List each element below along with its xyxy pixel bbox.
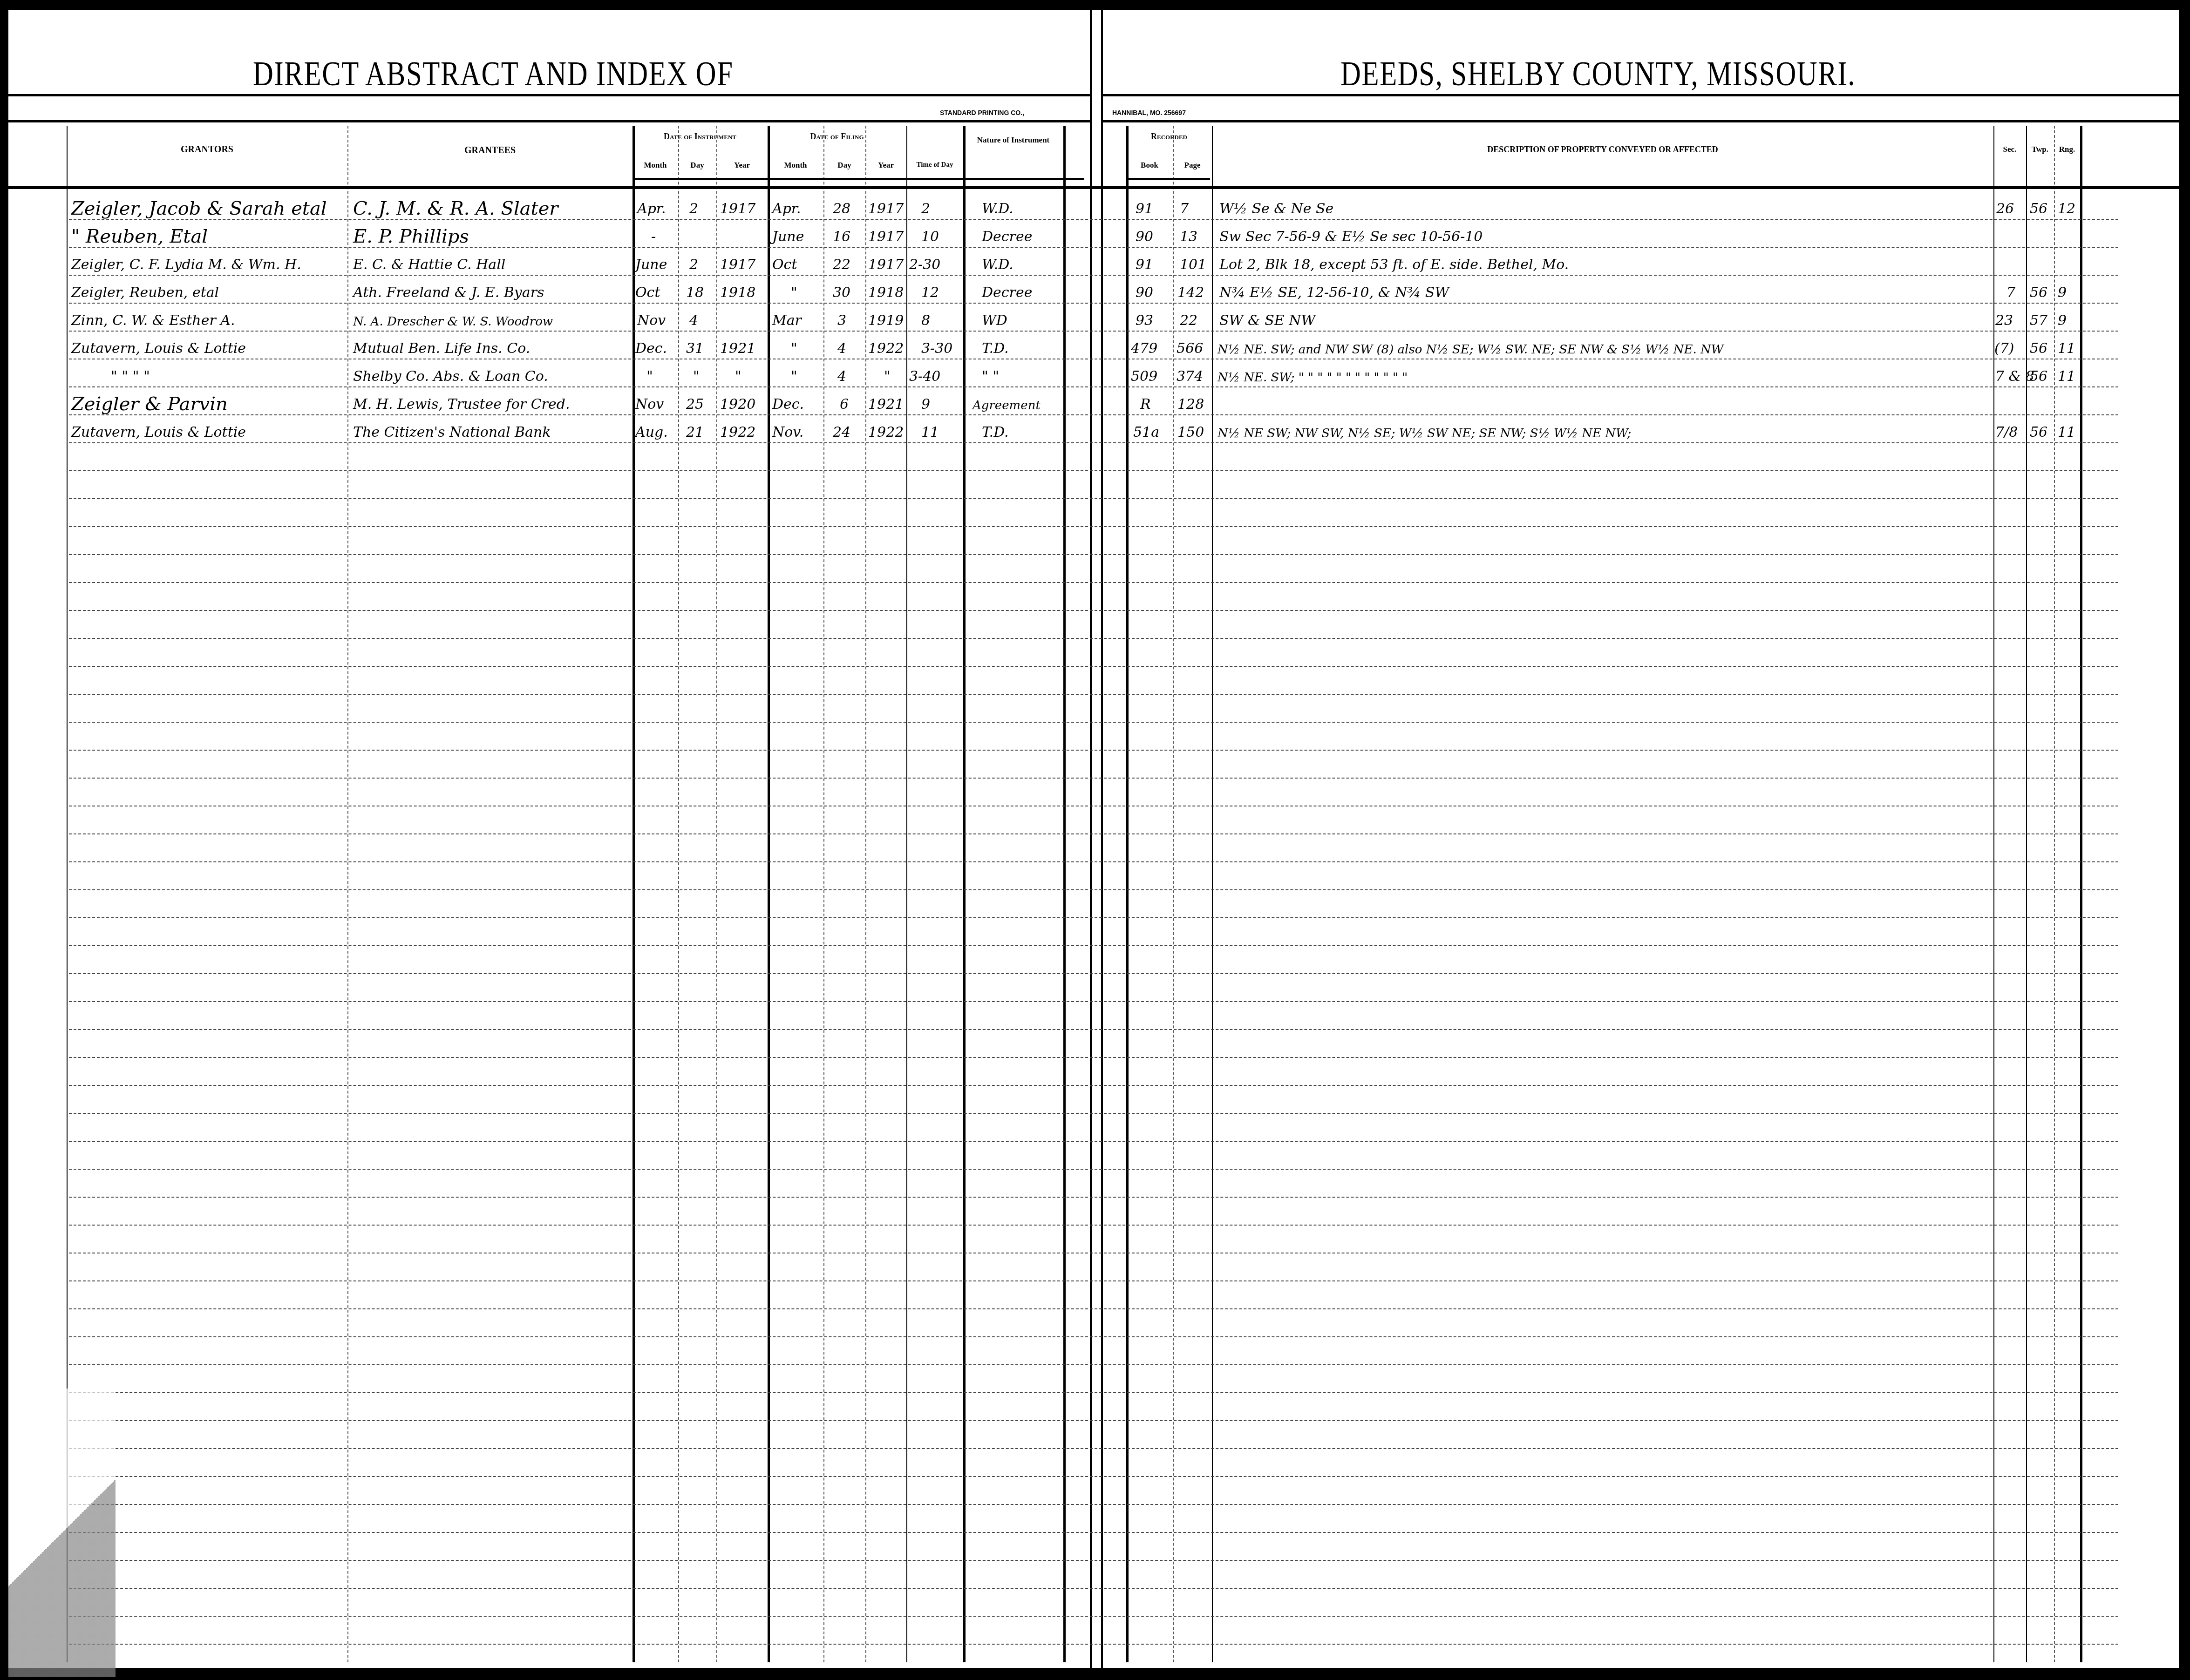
- row-line: [69, 1560, 2118, 1561]
- nature: Agreement: [973, 400, 1041, 412]
- inst-month: Nov: [637, 314, 666, 328]
- row-line: [69, 750, 2118, 751]
- divider: [1126, 178, 1210, 180]
- grantor: Zutavern, Louis & Lottie: [71, 426, 246, 440]
- file-year: 1917: [868, 258, 904, 272]
- file-day: 30: [833, 286, 850, 300]
- header-twp: Twp.: [2026, 145, 2054, 154]
- row-line: [69, 526, 2118, 527]
- grantee: E. P. Phillips: [353, 227, 469, 246]
- time-of-day: 10: [921, 230, 939, 244]
- row-line: [69, 386, 2118, 387]
- row-line: [69, 442, 2118, 443]
- twp: 56: [2030, 426, 2047, 440]
- row-line: [69, 414, 2118, 415]
- file-month: ": [791, 286, 797, 300]
- row-line: [69, 638, 2118, 639]
- file-day: 4: [837, 342, 846, 356]
- page-title-left: DIRECT ABSTRACT AND INDEX OF: [253, 54, 734, 94]
- inst-month: ": [646, 370, 653, 384]
- header-day: Day: [823, 161, 865, 170]
- row-line: [69, 359, 2118, 359]
- ledger-page: DIRECT ABSTRACT AND INDEX OF DEEDS, SHEL…: [8, 10, 2179, 1668]
- row-line: [69, 1113, 2118, 1114]
- file-month: ": [791, 370, 797, 384]
- description: N½ NE SW; NW SW, N½ SE; W½ SW NE; SE NW;…: [1217, 427, 1631, 440]
- inst-year: 1917: [720, 258, 755, 272]
- inst-day: 2: [689, 202, 698, 216]
- inst-day: 18: [686, 286, 704, 300]
- row-line: [69, 889, 2118, 890]
- file-day: 28: [833, 202, 850, 216]
- file-month: Oct: [772, 258, 797, 272]
- sec: 7: [2006, 286, 2015, 300]
- row-line: [69, 945, 2118, 946]
- row-line: [69, 722, 2118, 723]
- file-month: ": [791, 342, 797, 356]
- row-line: [69, 303, 2118, 304]
- inst-year: 1922: [720, 426, 755, 440]
- inst-day: 21: [686, 426, 704, 440]
- column-rule: [2080, 126, 2082, 1662]
- twp: 56: [2030, 370, 2047, 384]
- column-rule: [1063, 126, 1066, 1662]
- column-rule: [347, 126, 348, 1662]
- row-line: [69, 666, 2118, 667]
- file-month: June: [772, 230, 804, 244]
- row-line: [69, 1588, 2118, 1589]
- printer-mark-left: STANDARD PRINTING CO.,: [940, 109, 1024, 116]
- inst-day: 2: [689, 258, 698, 272]
- sec: (7): [1994, 342, 2014, 356]
- header-rng: Rng.: [2054, 145, 2080, 154]
- row-line: [69, 554, 2118, 555]
- inst-day: ": [693, 370, 700, 384]
- row-line: [69, 1504, 2118, 1505]
- row-line: [69, 610, 2118, 611]
- column-rule: [678, 126, 679, 1662]
- row-line: [69, 275, 2118, 276]
- nature: W.D.: [982, 202, 1013, 216]
- page: 13: [1180, 230, 1197, 244]
- header-year: Year: [716, 161, 768, 170]
- description: W½ Se & Ne Se: [1219, 202, 1333, 216]
- time-of-day: 9: [921, 398, 930, 412]
- row-line: [69, 833, 2118, 834]
- rng: 12: [2058, 202, 2075, 216]
- column-rule: [768, 126, 770, 1662]
- page: 101: [1180, 258, 1206, 272]
- row-line: [69, 1253, 2118, 1253]
- nature: T.D.: [982, 426, 1009, 440]
- grantor: Zeigler, Jacob & Sarah etal: [71, 199, 327, 218]
- nature: Decree: [982, 286, 1032, 300]
- divider: [8, 186, 2179, 189]
- inst-month: Nov: [635, 398, 664, 412]
- row-line: [69, 1476, 2118, 1477]
- file-month: Apr.: [772, 202, 801, 216]
- row-line: [69, 1448, 2118, 1449]
- sec: 23: [1995, 314, 2013, 328]
- time-of-day: 2: [921, 202, 930, 216]
- file-year: 1917: [868, 202, 904, 216]
- row-line: [69, 498, 2118, 499]
- row-line: [69, 973, 2118, 974]
- row-line: [69, 1141, 2118, 1142]
- description: N½ NE. SW; and NW SW (8) also N½ SE; W½ …: [1217, 344, 1724, 356]
- inst-month: June: [635, 258, 667, 272]
- header-grantors: GRANTORS: [67, 144, 347, 155]
- page: 374: [1177, 370, 1203, 384]
- grantor: Zeigler, C. F. Lydia M. & Wm. H.: [71, 258, 301, 272]
- book: 93: [1136, 314, 1153, 328]
- time-of-day: 11: [921, 426, 939, 440]
- sec: 26: [1996, 202, 2014, 216]
- page: 22: [1180, 314, 1197, 328]
- sec: 7 & 8: [1995, 370, 2034, 384]
- book: 51a: [1133, 426, 1159, 440]
- grantee: The Citizen's National Bank: [353, 426, 551, 440]
- file-year: 1919: [868, 314, 904, 328]
- page: 128: [1177, 398, 1204, 412]
- page: 150: [1177, 426, 1204, 440]
- nature: WD: [982, 314, 1007, 328]
- header-grantees: GRANTEES: [347, 145, 633, 156]
- column-rule: [716, 126, 717, 1662]
- row-line: [69, 1169, 2118, 1170]
- row-line: [69, 861, 2118, 862]
- row-line: [69, 1616, 2118, 1617]
- rng: 9: [2058, 286, 2067, 300]
- sec: 7/8: [1995, 426, 2018, 440]
- grantor: " Reuben, Etal: [71, 227, 208, 246]
- column-rule: [1212, 126, 1213, 1662]
- header-year: Year: [865, 161, 906, 170]
- rng: 9: [2058, 314, 2067, 328]
- row-line: [69, 1057, 2118, 1058]
- row-line: [69, 1085, 2118, 1086]
- header-description: DESCRIPTION OF PROPERTY CONVEYED OR AFFE…: [1212, 145, 1993, 155]
- grantee: Shelby Co. Abs. & Loan Co.: [353, 370, 548, 384]
- book: 479: [1131, 342, 1157, 356]
- time-of-day: 8: [921, 314, 930, 328]
- grantee: N. A. Drescher & W. S. Woodrow: [353, 316, 553, 328]
- row-line: [69, 1280, 2118, 1281]
- page: 142: [1177, 286, 1204, 300]
- header-date-of-filing: Date of Filing: [768, 132, 906, 142]
- page: 566: [1177, 342, 1203, 356]
- printer-mark-right: HANNIBAL, MO. 256697: [1112, 109, 1186, 116]
- column-rule: [633, 126, 635, 1662]
- description: SW & SE NW: [1219, 314, 1315, 328]
- book: 90: [1136, 230, 1153, 244]
- row-line: [69, 470, 2118, 471]
- row-line: [69, 1001, 2118, 1002]
- header-page: Page: [1173, 161, 1212, 170]
- grantor: Zeigler, Reuben, etal: [71, 286, 219, 300]
- inst-year: ": [735, 370, 741, 384]
- file-day: 16: [833, 230, 850, 244]
- torn-page-corner: [8, 1389, 116, 1677]
- file-year: 1922: [868, 342, 904, 356]
- rng: 11: [2058, 370, 2075, 384]
- row-line: [69, 331, 2118, 332]
- page: 7: [1180, 202, 1189, 216]
- rng: 11: [2058, 426, 2075, 440]
- header-sec: Sec.: [1993, 145, 2026, 154]
- grantee: Mutual Ben. Life Ins. Co.: [353, 342, 530, 356]
- header-nature-of-instrument: Nature of Instrument: [963, 136, 1063, 145]
- file-year: 1917: [868, 230, 904, 244]
- file-year: 1918: [868, 286, 904, 300]
- header-recorded: Recorded: [1126, 132, 1212, 142]
- twp: 57: [2030, 314, 2047, 328]
- twp: 56: [2030, 202, 2047, 216]
- grantor: Zinn, C. W. & Esther A.: [71, 314, 235, 328]
- row-line: [69, 1336, 2118, 1337]
- row-line: [69, 1392, 2118, 1393]
- time-of-day: 2-30: [909, 258, 940, 272]
- header-month: Month: [633, 161, 678, 170]
- header-time-of-day: Time of Day: [906, 161, 963, 169]
- file-year: 1922: [868, 426, 904, 440]
- inst-year: 1918: [720, 286, 755, 300]
- file-month: Nov.: [772, 426, 803, 440]
- row-line: [69, 917, 2118, 918]
- column-rule: [2026, 126, 2027, 1662]
- inst-month: Apr.: [637, 202, 666, 216]
- header-month: Month: [768, 161, 823, 170]
- row-line: [69, 582, 2118, 583]
- inst-month: -: [651, 230, 656, 244]
- ledger-table: GRANTORS GRANTEES Date of Instrument Mon…: [8, 126, 2179, 1662]
- twp: 56: [2030, 342, 2047, 356]
- column-rule: [1126, 126, 1129, 1662]
- file-month: Mar: [772, 314, 802, 328]
- header-book: Book: [1126, 161, 1173, 170]
- file-day: 3: [837, 314, 846, 328]
- file-year: 1921: [868, 398, 904, 412]
- twp: 56: [2030, 286, 2047, 300]
- column-rule: [963, 126, 966, 1662]
- inst-year: 1920: [720, 398, 755, 412]
- grantor: Zutavern, Louis & Lottie: [71, 342, 246, 356]
- inst-year: 1921: [720, 342, 755, 356]
- row-line: [69, 1364, 2118, 1365]
- row-line: [69, 694, 2118, 695]
- book: 91: [1136, 258, 1153, 272]
- description: N½ NE. SW; " " " " " " " " " " " ": [1217, 372, 1408, 384]
- column-rule: [1173, 126, 1174, 1662]
- inst-year: 1917: [720, 202, 755, 216]
- grantor: Zeigler & Parvin: [71, 395, 228, 413]
- row-line: [69, 778, 2118, 779]
- grantee: M. H. Lewis, Trustee for Cred.: [353, 398, 570, 412]
- file-day: 22: [833, 258, 850, 272]
- time-of-day: 12: [921, 286, 939, 300]
- inst-month: Aug.: [635, 426, 668, 440]
- file-day: 6: [840, 398, 849, 412]
- column-rule: [2054, 126, 2055, 1662]
- grantee: Ath. Freeland & J. E. Byars: [353, 286, 544, 300]
- page-title-right: DEEDS, SHELBY COUNTY, MISSOURI.: [1340, 54, 1856, 94]
- rng: 11: [2058, 342, 2075, 356]
- nature: Decree: [982, 230, 1032, 244]
- row-line: [69, 1308, 2118, 1309]
- inst-month: Oct: [635, 286, 660, 300]
- book: 509: [1131, 370, 1157, 384]
- row-line: [69, 1532, 2118, 1533]
- file-day: 4: [837, 370, 846, 384]
- nature: W.D.: [982, 258, 1013, 272]
- inst-day: 31: [686, 342, 704, 356]
- column-rule: [823, 126, 824, 1662]
- row-line: [69, 1225, 2118, 1226]
- grantor: " " " ": [111, 370, 150, 384]
- file-day: 24: [833, 426, 850, 440]
- book: 90: [1136, 286, 1153, 300]
- file-month: Dec.: [772, 398, 804, 412]
- column-rule: [906, 126, 907, 1662]
- divider: [633, 178, 1084, 180]
- row-line: [69, 1644, 2118, 1645]
- time-of-day: 3-30: [921, 342, 952, 356]
- row-line: [69, 1197, 2118, 1198]
- time-of-day: 3-40: [909, 370, 940, 384]
- file-year: ": [884, 370, 891, 384]
- nature: " ": [982, 370, 999, 384]
- header-date-of-instrument: Date of Instrument: [633, 132, 768, 142]
- description: N¾ E½ SE, 12-56-10, & N¾ SW: [1219, 286, 1449, 300]
- header-day: Day: [678, 161, 716, 170]
- inst-day: 4: [689, 314, 698, 328]
- row-line: [69, 1420, 2118, 1421]
- description: Lot 2, Blk 18, except 53 ft. of E. side.…: [1219, 258, 1569, 272]
- book: 91: [1136, 202, 1153, 216]
- inst-day: 25: [686, 398, 704, 412]
- inst-month: Dec.: [635, 342, 667, 356]
- row-line: [69, 1029, 2118, 1030]
- description: Sw Sec 7-56-9 & E½ Se sec 10-56-10: [1219, 230, 1483, 244]
- grantee: E. C. & Hattie C. Hall: [353, 258, 505, 272]
- nature: T.D.: [982, 342, 1009, 356]
- row-line: [69, 806, 2118, 806]
- column-rule: [865, 126, 866, 1662]
- grantee: C. J. M. & R. A. Slater: [353, 199, 558, 218]
- book: R: [1140, 398, 1151, 412]
